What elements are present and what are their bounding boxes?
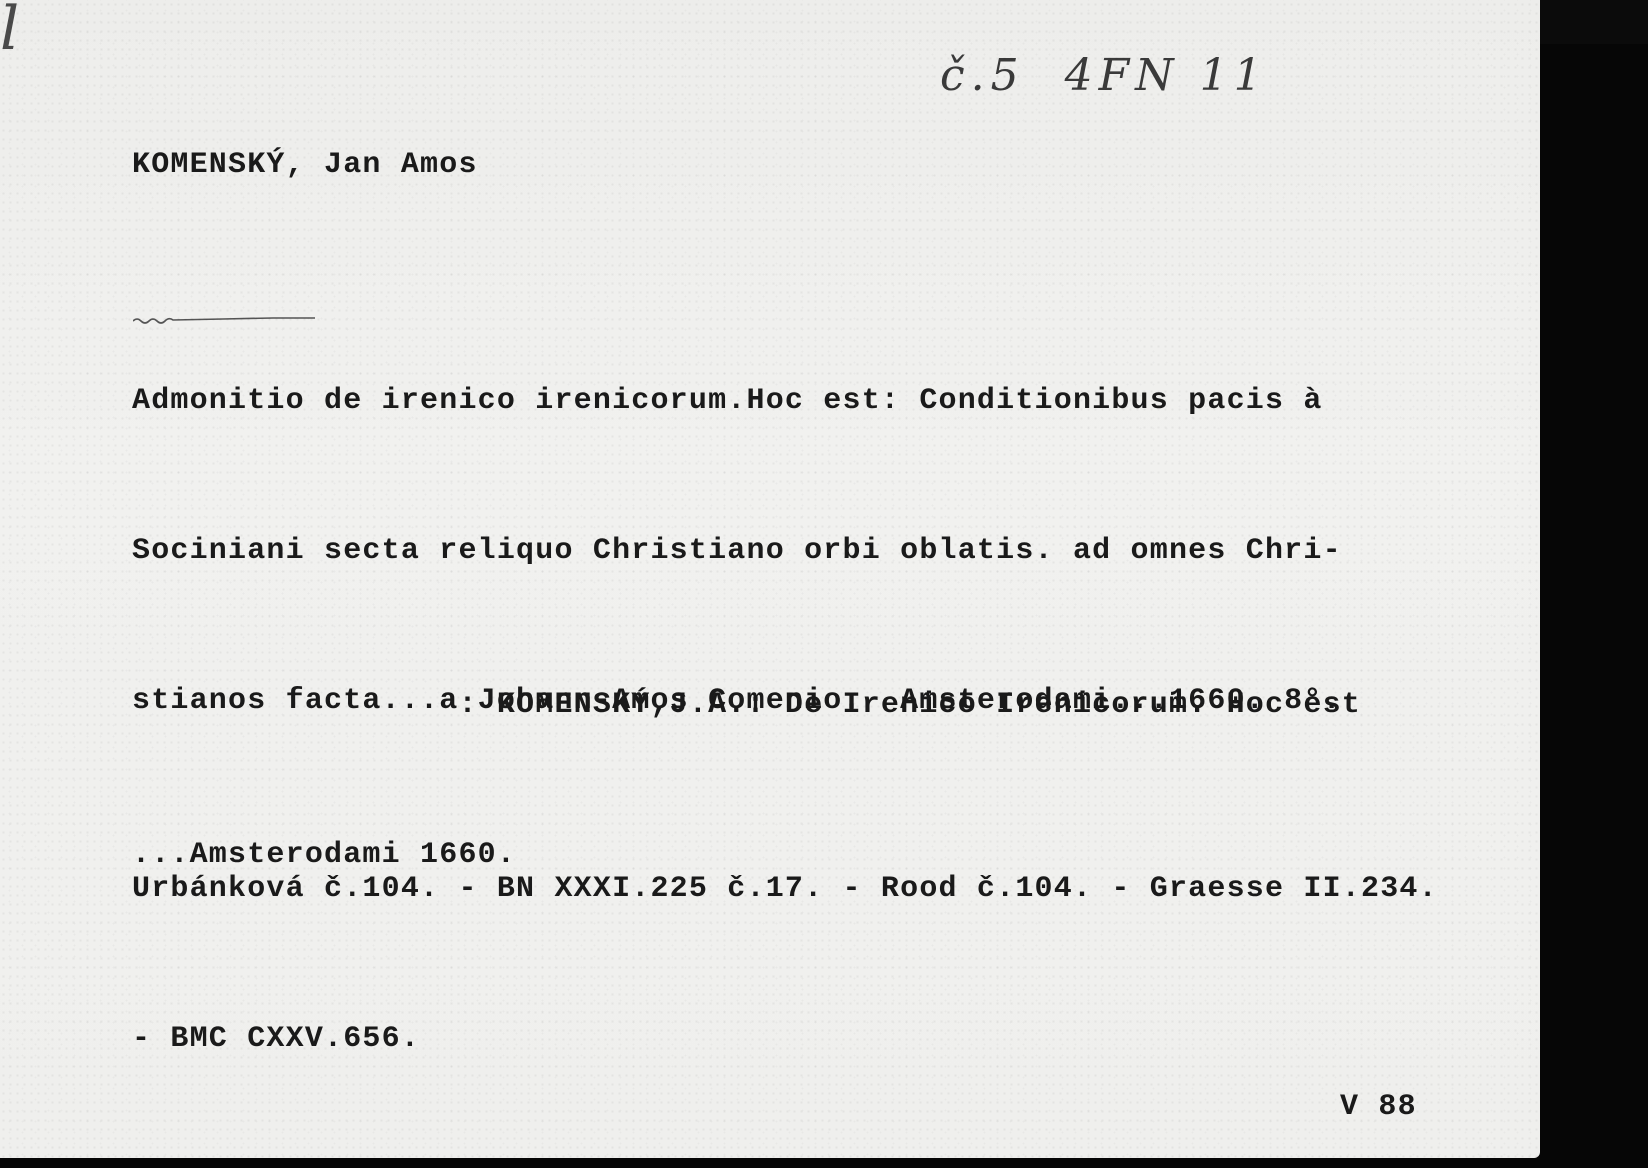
xref-line: : KOMENSKÝ,J.A.: De Irenico Irenicorum. … [132, 680, 1361, 730]
author-heading: KOMENSKÝ, Jan Amos [132, 140, 478, 190]
bibliographic-references: Urbánková č.104. - BN XXXI.225 č.17. - R… [132, 764, 1438, 1164]
handwritten-corner-mark: l [0, 0, 25, 64]
reference-line: - BMC CXXV.656. [132, 1014, 1438, 1064]
scan-background [1540, 0, 1648, 44]
handwritten-annotation: č.5 4FN 11 [940, 50, 1268, 101]
shelf-mark: V 88 [1340, 1082, 1417, 1132]
wavy-underline [133, 314, 315, 324]
title-line: Admonitio de irenico irenicorum.Hoc est:… [132, 376, 1342, 426]
reference-line: Urbánková č.104. - BN XXXI.225 č.17. - R… [132, 864, 1438, 914]
catalog-card: l č.5 4FN 11 KOMENSKÝ, Jan Amos Admoniti… [0, 0, 1540, 1158]
title-line: Sociniani secta reliquo Christiano orbi … [132, 526, 1342, 576]
